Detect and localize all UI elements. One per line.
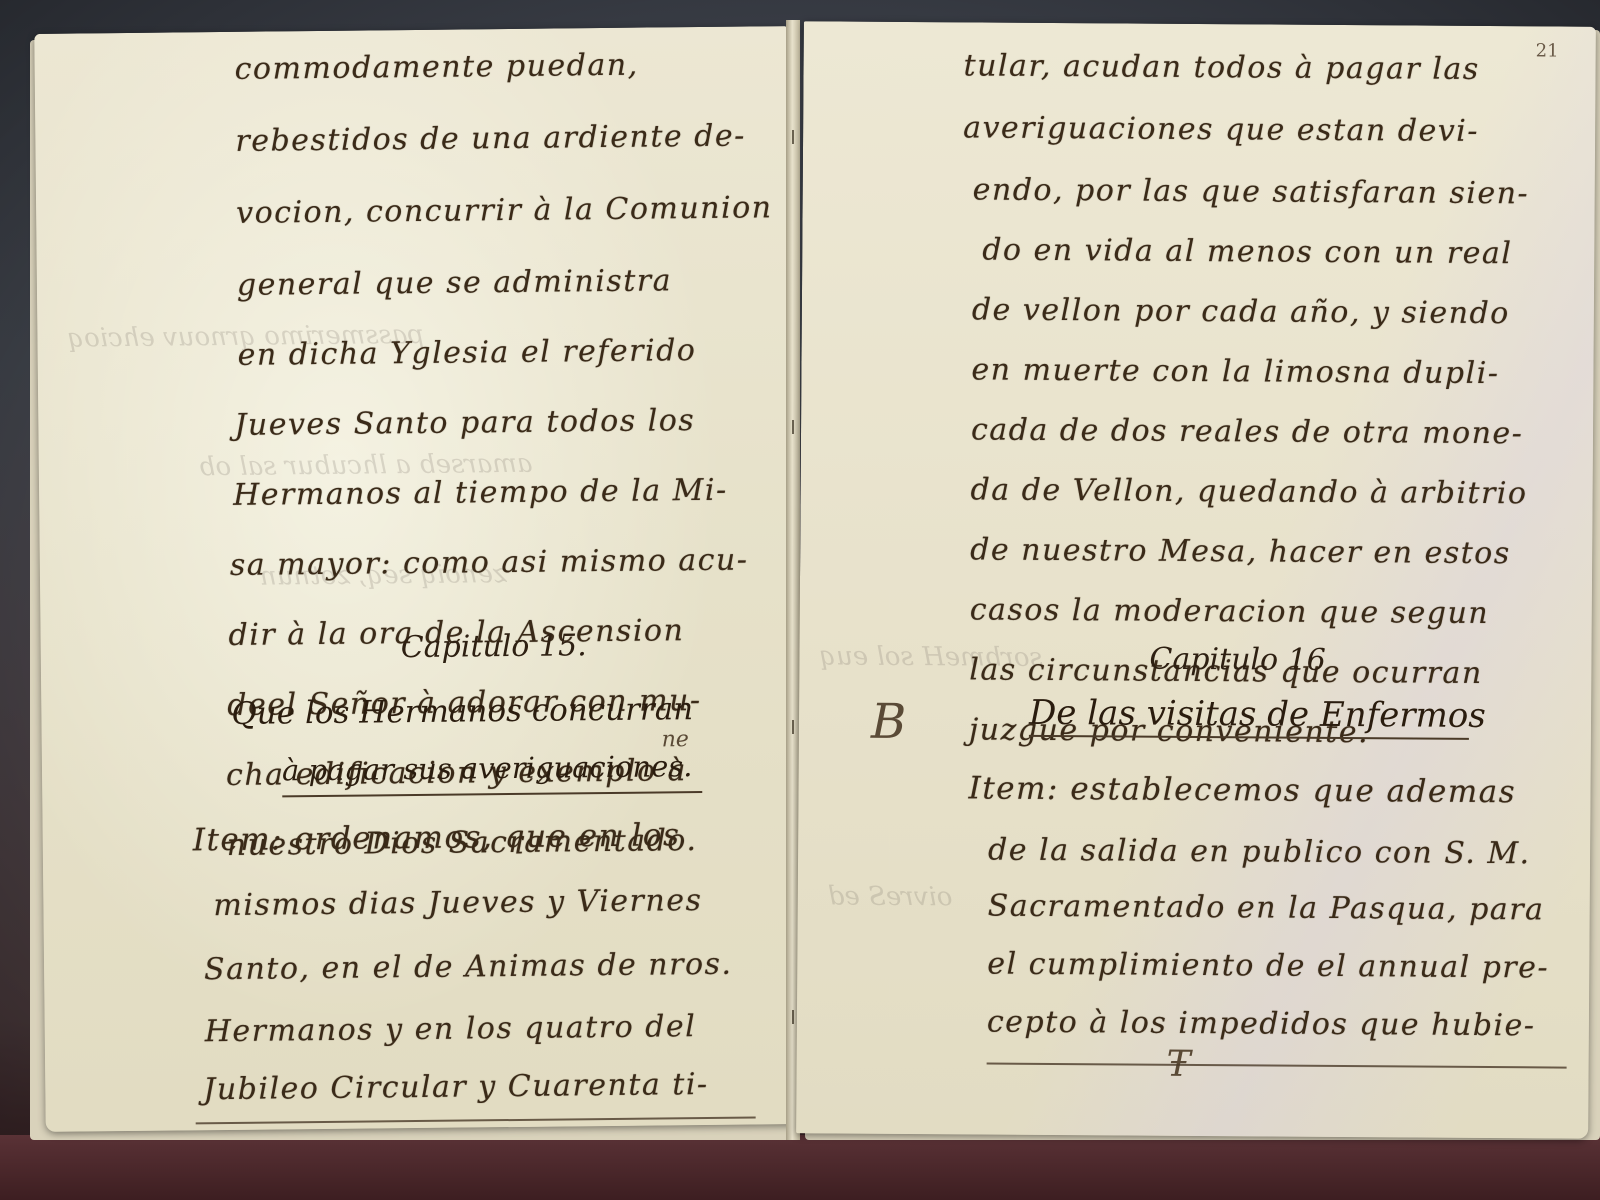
- manuscript-line: tular, acudan todos à pagar las: [963, 48, 1479, 87]
- manuscript-line: Hermanos al tiempo de la Mi-: [233, 473, 728, 513]
- manuscript-line: Jueves Santo para todos los: [234, 403, 695, 443]
- manuscript-line: de vellon por cada año, y siendo: [972, 292, 1510, 331]
- manuscript-line: en dicha Yglesia el referido: [237, 333, 696, 373]
- left-page: passmerimo qrnouv ehcioq amarseb a lhcub…: [34, 26, 797, 1132]
- manuscript-line: de la salida en publico con S. M.: [988, 833, 1531, 872]
- manuscript-line: rebestidos de una ardiente de-: [235, 119, 746, 159]
- manuscript-line: cepto à los impedidos que hubie-: [987, 1005, 1536, 1044]
- manuscript-line: sa mayor: como asi mismo acu-: [230, 543, 749, 583]
- manuscript-line: Santo, en el de Animas de nros.: [204, 947, 733, 988]
- manuscript-line: Jubileo Circular y Cuarenta ti-: [203, 1067, 709, 1107]
- bottom-rule: [196, 1116, 756, 1124]
- manuscript-line: Item: ordenamos, que en los: [193, 817, 681, 858]
- chapter-heading: Capitulo 15.: [401, 628, 587, 665]
- manuscript-line: commodamente puedan,: [234, 48, 638, 87]
- manuscript-line: do en vida al menos con un real: [982, 233, 1512, 272]
- binding-stitch: [792, 720, 794, 734]
- manuscript-line: mismos dias Jueves y Viernes: [213, 883, 702, 923]
- margin-mark: B: [871, 694, 907, 750]
- binding-stitch: [792, 130, 794, 144]
- manuscript-line: en muerte con la limosna dupli-: [971, 352, 1499, 391]
- bottom-rule: [987, 1063, 1567, 1069]
- manuscript-line: el cumplimiento de el annual pre-: [987, 947, 1549, 986]
- chapter-title-line: Que los Hermanos concurran: [231, 691, 693, 732]
- chapter-title: De las visitas de Enfermos: [1029, 693, 1486, 736]
- display-mount: [0, 1135, 1600, 1200]
- manuscript-line: Sacramentado en la Pasqua, para: [988, 889, 1545, 928]
- ink-bleed-through: oivreS ed: [828, 881, 953, 912]
- title-underline: [282, 791, 702, 797]
- chapter-heading: Capitulo 16: [1149, 642, 1326, 678]
- manuscript-line: vocion, concurrir à la Comunion: [236, 190, 773, 231]
- manuscript-line: casos la moderacion que segun: [970, 592, 1490, 631]
- manuscript-line: general que se administra: [237, 263, 672, 303]
- manuscript-line: cada de dos reales de otra mone-: [971, 412, 1524, 451]
- binding-stitch: [792, 420, 794, 434]
- right-page: 21 sorbmeH sol euq oivreS ed tular, acud…: [796, 21, 1596, 1139]
- folio-number: 21: [1536, 40, 1559, 61]
- manuscript-line: Item: establecemos que ademas: [968, 770, 1516, 810]
- chapter-title-line: à pagar sus averiguaciones.: [282, 749, 693, 787]
- manuscript-line: endo, por las que satisfaran sien-: [973, 172, 1530, 211]
- manuscript-line: Hermanos y en los quatro del: [205, 1009, 697, 1049]
- binding-stitch: [792, 1010, 794, 1024]
- manuscript-line: da de Vellon, quedando à arbitrio: [971, 472, 1528, 511]
- manuscript-line: de nuestro Mesa, hacer en estos: [970, 532, 1511, 571]
- manuscript-line: averiguaciones que estan devi-: [963, 110, 1479, 149]
